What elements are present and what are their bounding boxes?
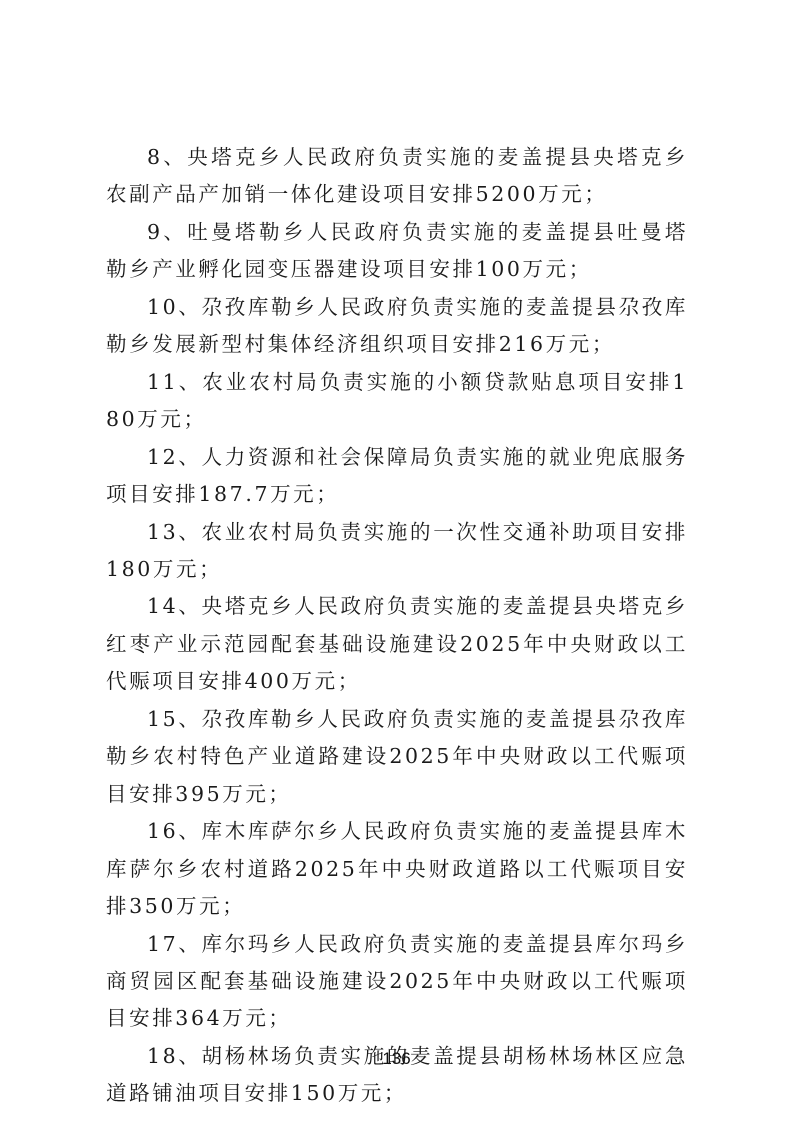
paragraph-item-17: 17、库尔玛乡人民政府负责实施的麦盖提县库尔玛乡商贸园区配套基础设施建设2025…	[106, 926, 688, 1038]
document-body: 8、央塔克乡人民政府负责实施的麦盖提县央塔克乡农副产品产加销一体化建设项目安排5…	[106, 139, 688, 1113]
paragraph-item-15: 15、尕孜库勒乡人民政府负责实施的麦盖提县尕孜库勒乡农村特色产业道路建设2025…	[106, 701, 688, 813]
paragraph-item-10: 10、尕孜库勒乡人民政府负责实施的麦盖提县尕孜库勒乡发展新型村集体经济组织项目安…	[106, 289, 688, 364]
paragraph-item-12: 12、人力资源和社会保障局负责实施的就业兜底服务项目安排187.7万元；	[106, 439, 688, 514]
page-number: 136	[0, 1049, 793, 1069]
paragraph-item-11: 11、农业农村局负责实施的小额贷款贴息项目安排180万元；	[106, 364, 688, 439]
paragraph-item-9: 9、吐曼塔勒乡人民政府负责实施的麦盖提县吐曼塔勒乡产业孵化园变压器建设项目安排1…	[106, 214, 688, 289]
paragraph-item-14: 14、央塔克乡人民政府负责实施的麦盖提县央塔克乡红枣产业示范园配套基础设施建设2…	[106, 588, 688, 700]
paragraph-item-13: 13、农业农村局负责实施的一次性交通补助项目安排180万元；	[106, 514, 688, 589]
paragraph-item-8: 8、央塔克乡人民政府负责实施的麦盖提县央塔克乡农副产品产加销一体化建设项目安排5…	[106, 139, 688, 214]
paragraph-item-16: 16、库木库萨尔乡人民政府负责实施的麦盖提县库木库萨尔乡农村道路2025年中央财…	[106, 813, 688, 925]
